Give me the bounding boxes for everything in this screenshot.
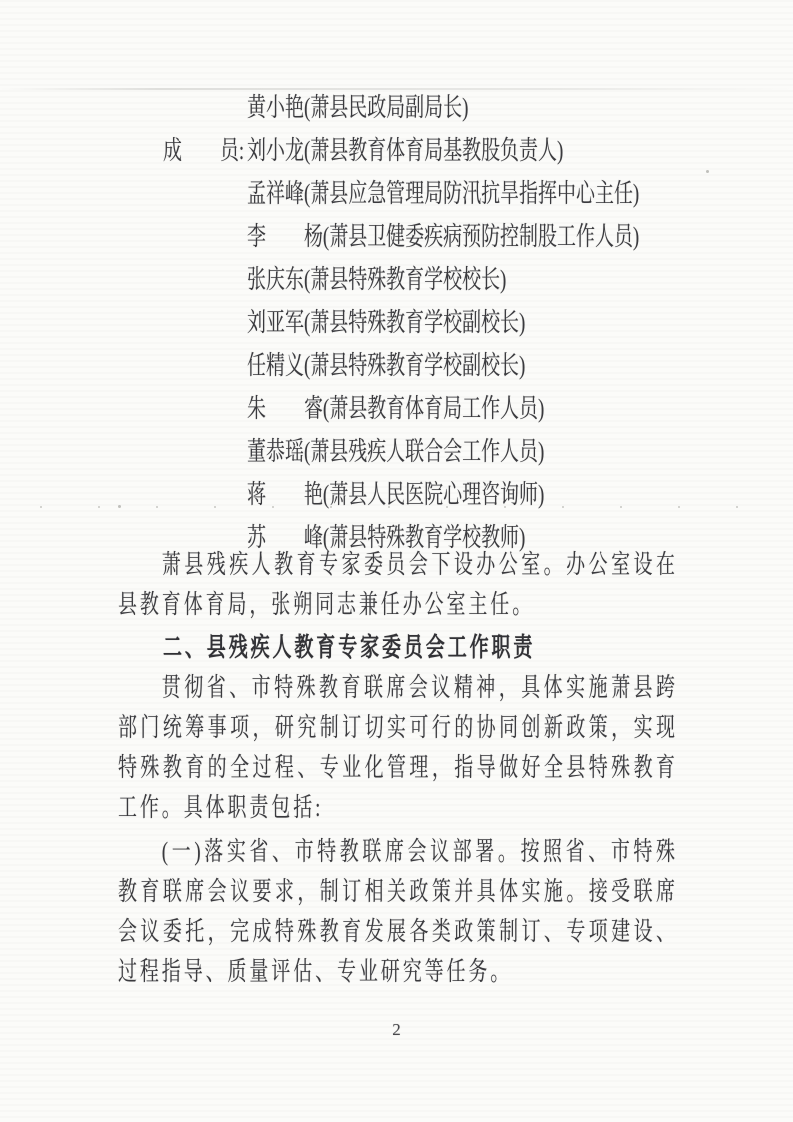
member-line: 任精义(萧县特殊教育学校副校长) bbox=[247, 344, 628, 387]
member-entry: 张庆东(萧县特殊教育学校校长) bbox=[247, 258, 506, 301]
member-entry: 朱 睿(萧县教育体育局工作人员) bbox=[247, 387, 544, 430]
member-entry: 刘小龙(萧县教育体育局基教股负责人) bbox=[247, 129, 563, 172]
page-number: 2 bbox=[0, 1020, 793, 1040]
office-paragraph: 萧县残疾人教育专家委员会下设办公室。办公室设在县教育体育局，张朔同志兼任办公室主… bbox=[118, 545, 678, 625]
member-entry: 任精义(萧县特殊教育学校副校长) bbox=[247, 344, 525, 387]
scan-speck bbox=[118, 505, 121, 508]
duties-intro-paragraph: 贯彻省、市特殊教育联席会议精神，具体实施萧县跨部门统筹事项，研究制订切实可行的协… bbox=[118, 668, 678, 828]
member-line: 李 杨(萧县卫健委疾病预防控制股工作人员) bbox=[247, 215, 784, 258]
member-entry: 董恭瑶(萧县残疾人联合会工作人员) bbox=[247, 430, 544, 473]
member-entry: 刘亚军(萧县特殊教育学校副校长) bbox=[247, 301, 525, 344]
member-line: 孟祥峰(萧县应急管理局防汛抗旱指挥中心主任) bbox=[247, 172, 784, 215]
member-line: 朱 睿(萧县教育体育局工作人员) bbox=[247, 387, 654, 430]
member-entry: 孟祥峰(萧县应急管理局防汛抗旱指挥中心主任) bbox=[247, 172, 639, 215]
member-entry: 黄小艳(萧县民政局副局长) bbox=[247, 86, 468, 129]
member-entry: 蒋 艳(萧县人民医院心理咨询师) bbox=[247, 473, 544, 516]
member-line: 成 员: 刘小龙(萧县教育体育局基教股负责人) bbox=[247, 129, 680, 172]
duty-item-1-paragraph: (一)落实省、市特教联席会议部署。按照省、市特殊教育联席会议要求，制订相关政策并… bbox=[118, 832, 678, 992]
member-line: 董恭瑶(萧县残疾人联合会工作人员) bbox=[247, 430, 654, 473]
member-line: 张庆东(萧县特殊教育学校校长) bbox=[247, 258, 602, 301]
section-heading: 二、县残疾人教育专家委员会工作职责 bbox=[163, 631, 535, 663]
member-line: 黄小艳(萧县民政局副局长) bbox=[247, 86, 550, 129]
member-line: 蒋 艳(萧县人民医院心理咨询师) bbox=[247, 473, 654, 516]
member-entry: 李 杨(萧县卫健委疾病预防控制股工作人员) bbox=[247, 215, 639, 258]
member-line: 刘亚军(萧县特殊教育学校副校长) bbox=[247, 301, 628, 344]
scanned-document-page: 黄小艳(萧县民政局副局长) 成 员: 刘小龙(萧县教育体育局基教股负责人) 孟祥… bbox=[0, 0, 793, 1122]
